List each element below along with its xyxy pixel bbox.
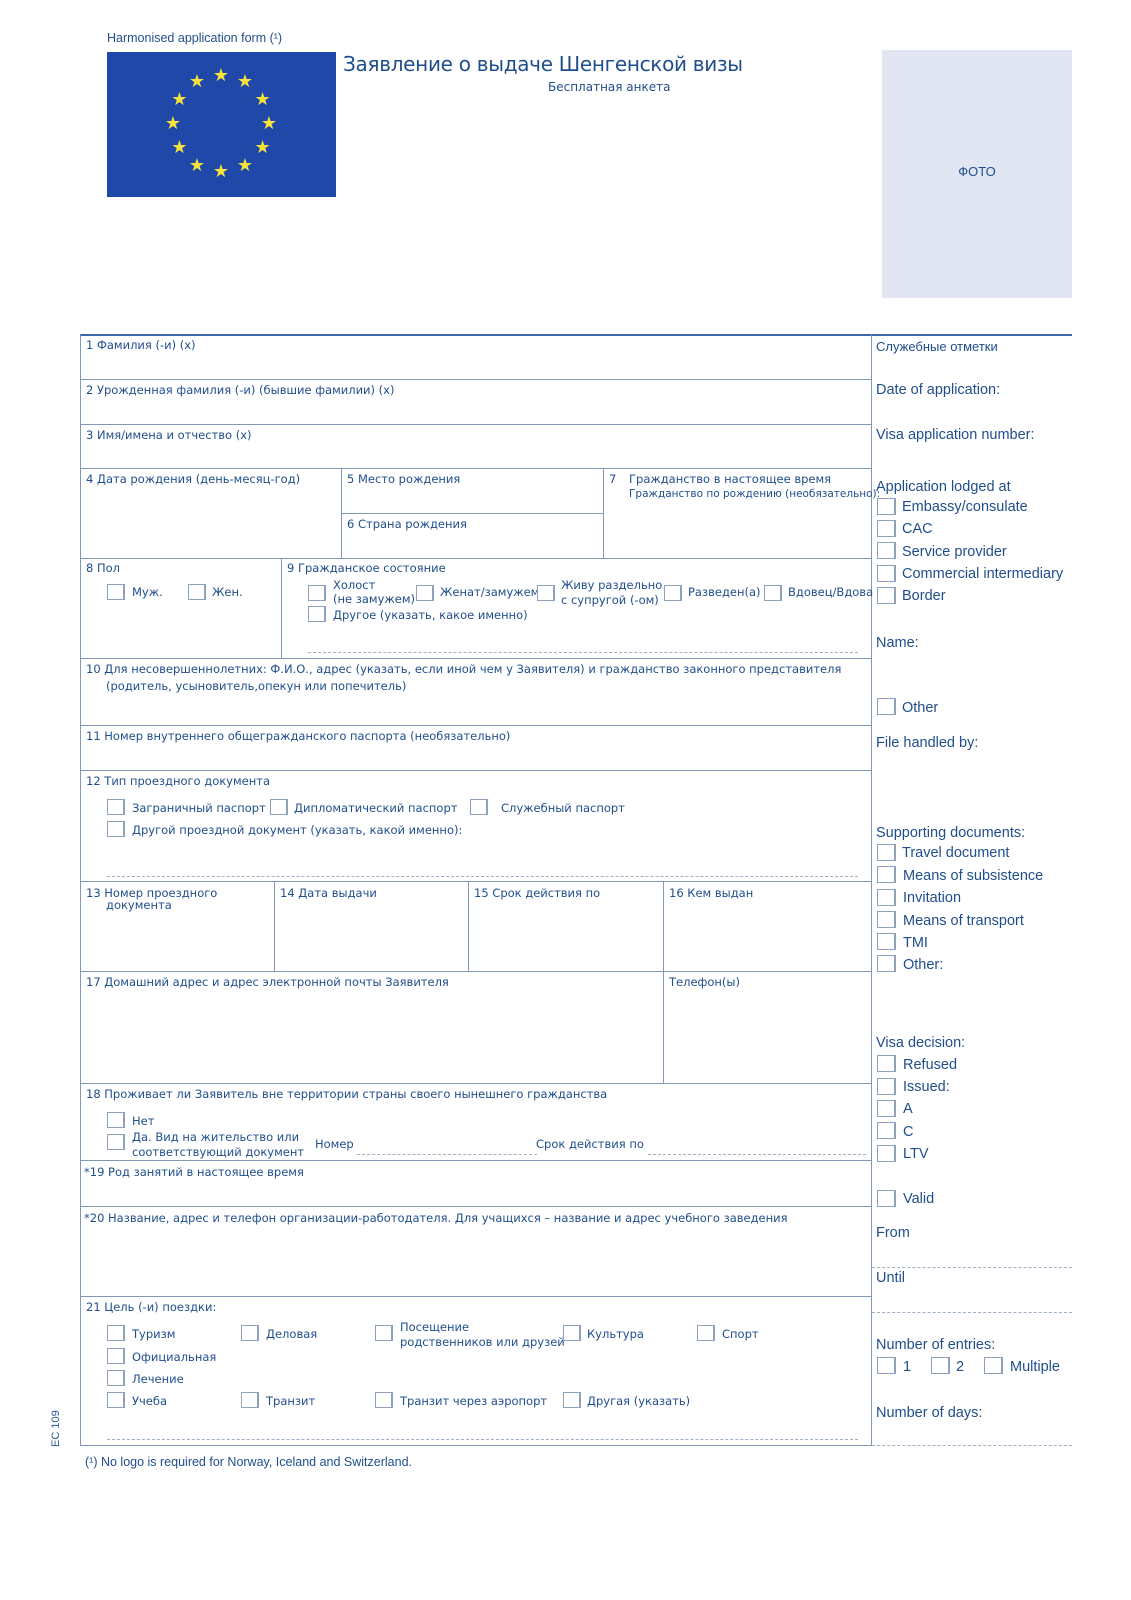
checkbox-cac[interactable] [877,520,896,537]
row-divider [80,1296,872,1297]
field-10-guardian-2: (родитель, усыновитель,опекун или попечи… [106,679,406,693]
checkbox-means-of-subsistence[interactable] [877,866,896,883]
checkbox-visit-family[interactable] [375,1325,393,1341]
checkbox-civil-other[interactable] [308,606,326,622]
label-transit: Транзит [266,1394,315,1408]
number-of-entries-heading: Number of entries: [876,1337,995,1354]
dashed-line [872,1267,1072,1268]
checkbox-business[interactable] [241,1325,259,1341]
field-13-doc-number-2: документа [106,898,172,912]
field-10-guardian[interactable]: 10 Для несовершеннолетних: Ф.И.О., адрес… [86,662,841,676]
checkbox-means-of-transport[interactable] [877,911,896,928]
footnote: (¹) No logo is required for Norway, Icel… [85,1455,412,1469]
row-divider [80,971,872,972]
checkbox-issued[interactable] [877,1078,896,1095]
label-single: Холост [333,578,375,592]
dashed-line [107,876,858,877]
dashed-line [648,1154,866,1155]
field-19-occupation[interactable]: *19 Род занятий в настоящее время [84,1165,304,1179]
field-8-sex: 8 Пол [86,561,120,575]
dashed-line [308,652,858,653]
star-icon: ★ [236,73,254,91]
label-supporting-other: Other: [903,957,943,974]
star-icon: ★ [260,115,278,133]
checkbox-divorced[interactable] [664,585,682,601]
label-residence-valid-until: Срок действия по [536,1137,644,1151]
label-refused: Refused [903,1057,957,1074]
label-residence-number: Номер [315,1137,354,1151]
star-icon: ★ [212,67,230,85]
official-title: Служебные отметки [876,338,998,355]
field-9-civil-status: 9 Гражданское состояние [287,561,446,575]
name-label: Name: [876,635,919,652]
label-purpose-other: Другая (указать) [587,1394,690,1408]
label-civil-other: Другое (указать, какое именно) [333,608,528,622]
row-divider [80,379,872,380]
row-divider [80,881,872,882]
checkbox-widowed[interactable] [764,585,782,601]
label-culture: Культура [587,1327,644,1341]
label-service-passport: Служебный паспорт [501,801,625,815]
col-divider [468,882,469,971]
checkbox-visa-c[interactable] [877,1122,896,1139]
field-15-valid-until[interactable]: 15 Срок действия по [474,886,600,900]
label-means-of-subsistence: Means of subsistence [903,868,1043,885]
row-divider [80,658,872,659]
form-left-border [80,335,81,1445]
checkbox-ltv[interactable] [877,1145,896,1162]
label-divorced: Разведен(а) [688,585,761,599]
form-code: EC 109 [49,1410,63,1447]
checkbox-tmi[interactable] [877,933,896,950]
col-divider [663,882,664,1083]
dashed-line [357,1154,537,1155]
label-commercial-intermediary: Commercial intermediary [902,566,1063,583]
row-divider [80,1206,872,1207]
dashed-line [107,1439,858,1440]
label-issued: Issued: [903,1079,950,1096]
row-divider [80,468,872,469]
label-embassy: Embassy/consulate [902,499,1028,516]
star-icon: ★ [212,163,230,181]
checkbox-purpose-other[interactable] [563,1392,581,1408]
checkbox-service-provider[interactable] [877,542,896,559]
label-ltv: LTV [903,1146,929,1163]
valid-until-label: Until [876,1270,905,1287]
label-tourism: Туризм [132,1327,175,1341]
checkbox-single[interactable] [308,585,326,601]
label-diplomatic-passport: Дипломатический паспорт [294,801,457,815]
field-20-employer[interactable]: *20 Название, адрес и телефон организаци… [84,1211,788,1225]
checkbox-refused[interactable] [877,1055,896,1072]
label-entries-2: 2 [956,1359,964,1376]
checkbox-married[interactable] [416,585,434,601]
field-7-nationality-at-birth[interactable]: Гражданство по рождению (необязательно): [629,487,880,501]
field-4-date-of-birth[interactable]: 4 Дата рождения (день-месяц-год) [86,472,300,486]
checkbox-entries-multiple[interactable] [984,1357,1003,1374]
label-airport-transit: Транзит через аэропорт [400,1394,547,1408]
field-3-first-name[interactable]: 3 Имя/имена и отчество (х) [86,428,252,442]
checkbox-supporting-other[interactable] [877,955,896,972]
label-residence-yes: Да. Вид на жительство или [132,1130,299,1144]
label-visit-family: Посещение [400,1320,469,1334]
star-icon: ★ [236,157,254,175]
star-icon: ★ [170,139,188,157]
checkbox-culture[interactable] [563,1325,581,1341]
label-single-2: (не замужем) [333,592,415,606]
checkbox-official[interactable] [107,1348,125,1364]
field-12-travel-doc-type: 12 Тип проездного документа [86,774,270,788]
checkbox-sport[interactable] [697,1325,715,1341]
checkbox-visa-a[interactable] [877,1100,896,1117]
label-service-provider: Service provider [902,544,1007,561]
label-visa-c: C [903,1124,913,1141]
field-2-surname-at-birth[interactable]: 2 Урожденная фамилия (-и) (бывшие фамили… [86,383,394,397]
checkbox-airport-transit[interactable] [375,1392,393,1408]
checkbox-diplomatic-passport[interactable] [270,799,288,815]
label-visit-family-2: родственников или друзей [400,1335,565,1349]
checkbox-residence-yes[interactable] [107,1134,125,1150]
star-icon: ★ [188,73,206,91]
harmonised-form-label: Harmonised application form (¹) [107,31,282,45]
checkbox-ordinary-passport[interactable] [107,799,125,815]
form-top-border [80,334,1072,336]
col-divider [281,559,282,658]
row-divider [80,770,872,771]
label-study: Учеба [132,1394,167,1408]
checkbox-study[interactable] [107,1392,125,1408]
checkbox-medical[interactable] [107,1370,125,1386]
row-divider [80,1083,872,1084]
star-icon: ★ [164,115,182,133]
eu-flag-icon: ★★★★★★★★★★★★ [107,52,336,197]
label-medical: Лечение [132,1372,184,1386]
label-ordinary-passport: Заграничный паспорт [132,801,266,815]
label-entries-multiple: Multiple [1010,1359,1060,1376]
label-invitation: Invitation [903,890,961,907]
field-14-issue-date[interactable]: 14 Дата выдачи [280,886,377,900]
checkbox-travel-document[interactable] [877,844,896,861]
label-separated: Живу раздельно [561,578,662,592]
visa-decision-heading: Visa decision: [876,1035,965,1052]
label-border: Border [902,588,946,605]
field-6-country-of-birth[interactable]: 6 Страна рождения [347,517,467,531]
file-handled-by: File handled by: [876,735,978,752]
label-widowed: Вдовец/Вдова [788,585,873,599]
label-business: Деловая [266,1327,317,1341]
date-of-application: Date of application: [876,382,1000,399]
row-divider [80,725,872,726]
field-18-residence: 18 Проживает ли Заявитель вне территории… [86,1087,607,1101]
label-visa-a: A [903,1101,913,1118]
valid-from-label: From [876,1225,910,1242]
field-7-nationality[interactable]: Гражданство в настоящее время [629,472,831,486]
field-21-purpose: 21 Цель (-и) поездки: [86,1300,216,1314]
checkbox-entries-1[interactable] [877,1357,896,1374]
number-of-days-label: Number of days: [876,1405,982,1422]
visa-application-number: Visa application number: [876,427,1035,444]
checkbox-embassy[interactable] [877,498,896,515]
page-title: Заявление о выдаче Шенгенской визы [343,52,743,76]
row-divider [341,513,603,514]
label-tmi: TMI [903,935,928,952]
checkbox-female[interactable] [188,584,206,600]
checkbox-separated[interactable] [537,585,555,601]
label-travel-document: Travel document [902,845,1009,862]
photo-box[interactable]: ФОТО [882,50,1072,298]
field-7-number: 7 [609,472,616,486]
checkbox-lodged-other[interactable] [877,698,896,715]
field-11-national-id[interactable]: 11 Номер внутреннего общегражданского па… [86,729,510,743]
form-bottom-border [80,1445,872,1446]
checkbox-residence-no[interactable] [107,1112,125,1128]
star-icon: ★ [254,139,272,157]
label-lodged-other: Other [902,700,938,717]
page-subtitle: Бесплатная анкета [548,80,670,94]
label-entries-1: 1 [903,1359,911,1376]
label-residence-no: Нет [132,1114,154,1128]
supporting-docs-heading: Supporting documents: [876,825,1025,842]
field-17-phone[interactable]: Телефон(ы) [669,975,740,989]
lodged-at-heading: Application lodged at [876,479,1011,496]
dashed-line [872,1312,1072,1313]
star-icon: ★ [254,91,272,109]
checkbox-entries-2[interactable] [931,1357,950,1374]
checkbox-service-passport[interactable] [470,799,488,815]
photo-label: ФОТО [882,164,1072,179]
checkbox-valid[interactable] [877,1190,896,1207]
field-16-issued-by[interactable]: 16 Кем выдан [669,886,753,900]
label-means-of-transport: Means of transport [903,913,1024,930]
col-divider [603,469,604,558]
label-residence-yes-2: соответствующий документ [132,1145,304,1159]
row-divider [80,558,872,559]
official-column-divider [871,335,872,1445]
checkbox-commercial-intermediary[interactable] [877,565,896,582]
checkbox-male[interactable] [107,584,125,600]
label-valid: Valid [903,1191,934,1208]
row-divider [80,1160,872,1161]
field-1-surname[interactable]: 1 Фамилия (-и) (х) [86,338,196,352]
row-divider [80,424,872,425]
label-female: Жен. [212,585,243,599]
label-other-travel-doc: Другой проездной документ (указать, како… [132,823,462,837]
label-separated-2: с супругой (-ом) [561,593,659,607]
dashed-line [872,1445,1072,1446]
star-icon: ★ [170,91,188,109]
label-male: Муж. [132,585,163,599]
checkbox-other-travel-doc[interactable] [107,821,125,837]
label-married: Женат/замужем [440,585,539,599]
checkbox-invitation[interactable] [877,889,896,906]
label-official: Официальная [132,1350,216,1364]
label-cac: CAC [902,521,933,538]
col-divider [341,469,342,558]
label-sport: Спорт [722,1327,759,1341]
star-icon: ★ [188,157,206,175]
checkbox-transit[interactable] [241,1392,259,1408]
col-divider [274,882,275,971]
checkbox-tourism[interactable] [107,1325,125,1341]
field-17-home-address[interactable]: 17 Домашний адрес и адрес электронной по… [86,975,449,989]
field-5-place-of-birth[interactable]: 5 Место рождения [347,472,460,486]
checkbox-border[interactable] [877,587,896,604]
